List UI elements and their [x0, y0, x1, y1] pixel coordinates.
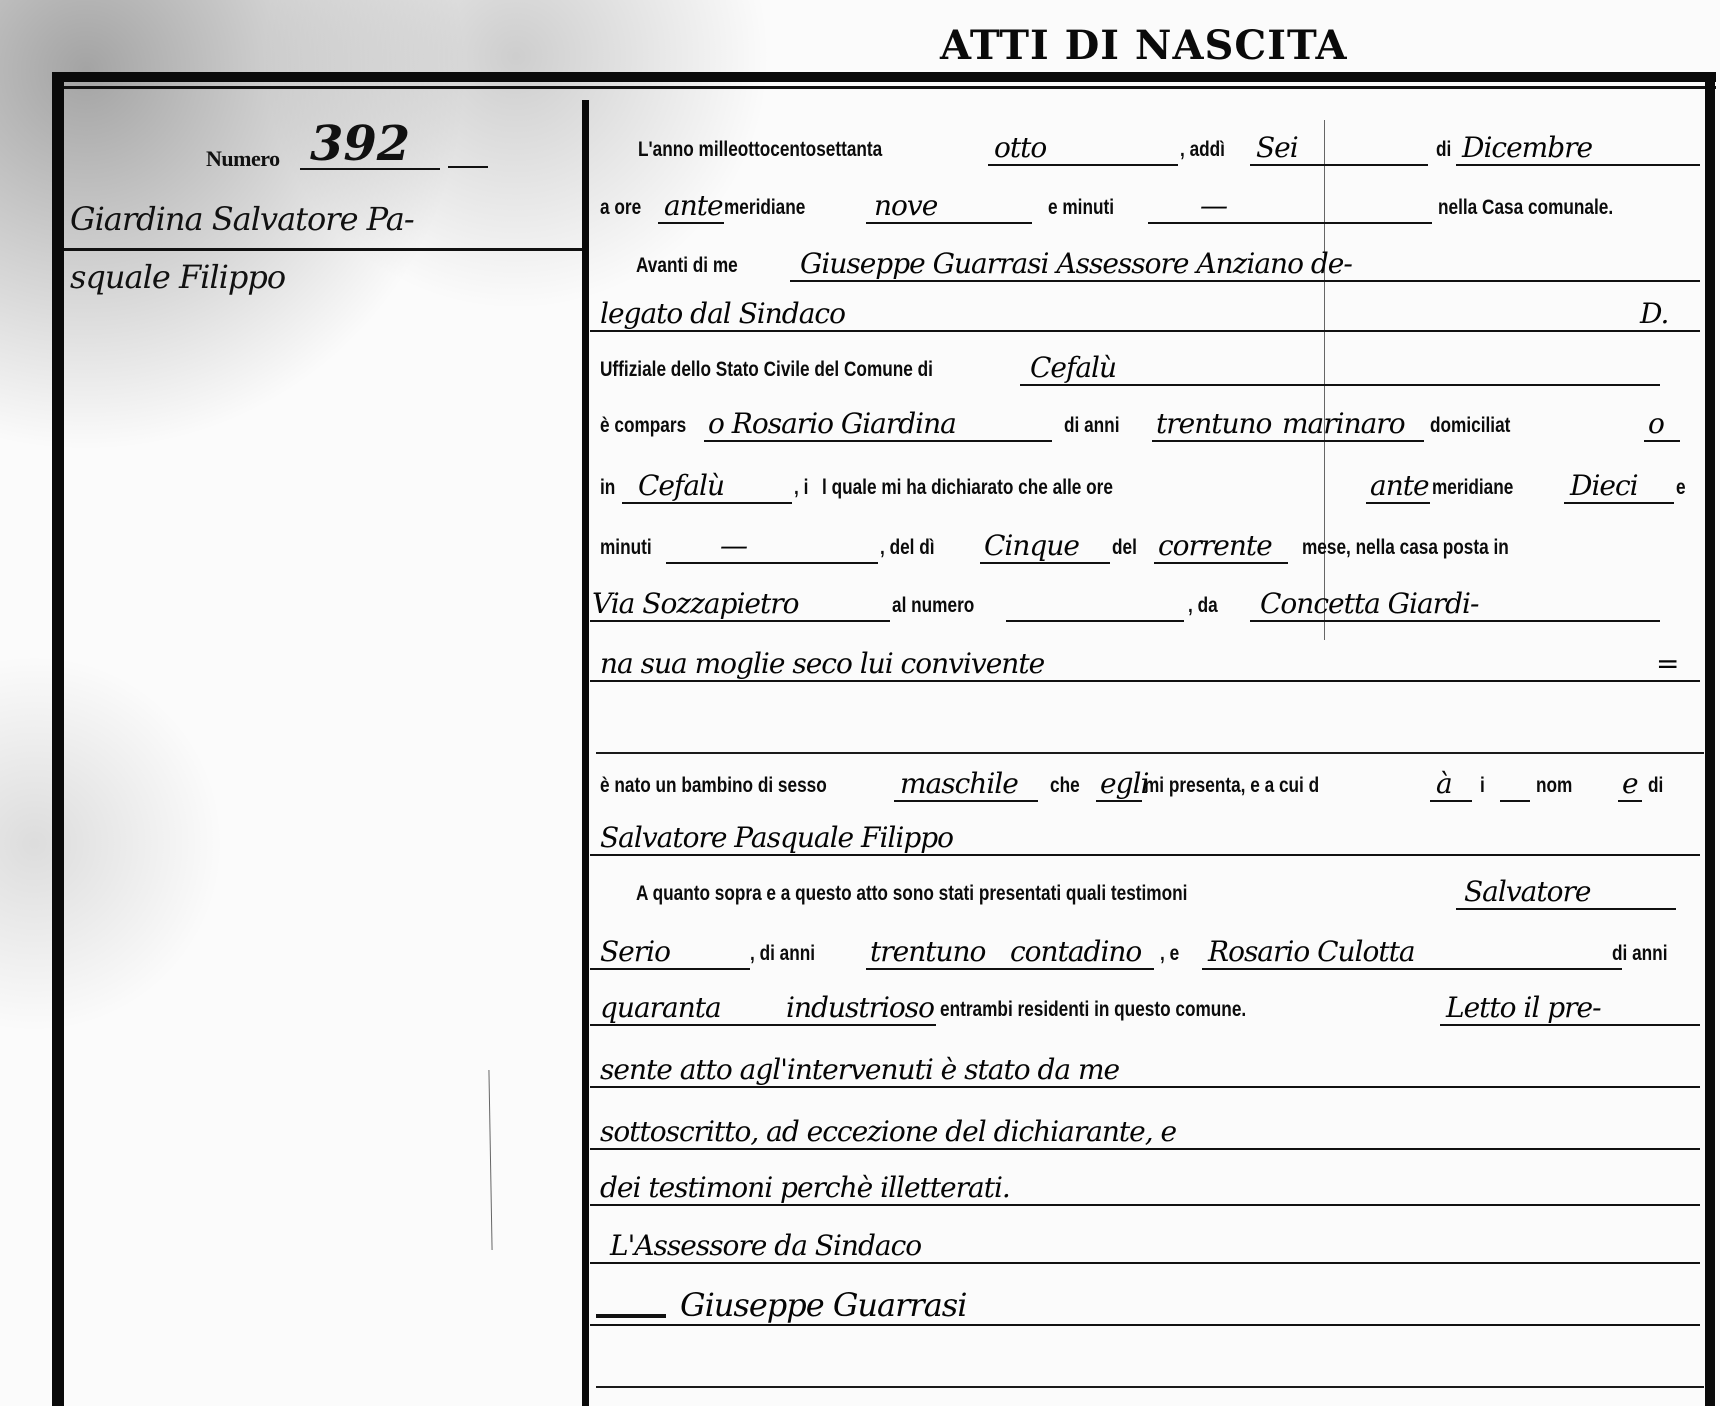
column-divider [582, 100, 589, 1406]
line-closing-3: dei testimoni perchè illetterati. [600, 1168, 1700, 1208]
handwritten-mother-detail: na sua moglie seco lui convivente [600, 647, 1044, 680]
frame-left-border [52, 72, 64, 1406]
printed-text: che [1050, 774, 1080, 798]
line-closing-2: sottoscritto, ad eccezione del dichiaran… [600, 1112, 1700, 1152]
handwritten-day: Sei [1256, 131, 1298, 164]
line-closing-1: sente atto agl'intervenuti è stato da me [600, 1050, 1700, 1090]
margin-rule [64, 248, 582, 251]
line-year-date: L'anno milleottocentosettanta otto , add… [600, 128, 1700, 168]
handwritten-child-name: Salvatore Pasquale Filippo [600, 821, 953, 854]
field-underline [1006, 620, 1184, 622]
printed-text: mi presenta, e a cui d [1144, 774, 1319, 798]
record-number-label: Numero [206, 146, 280, 172]
field-underline [590, 330, 1700, 332]
field-underline [1148, 222, 1432, 224]
printed-text: domiciliat [1430, 414, 1510, 438]
field-underline [1202, 968, 1622, 970]
printed-text: meridiane [724, 196, 805, 220]
field-underline [1154, 562, 1288, 564]
printed-text: è nato un bambino di sesso [600, 774, 827, 798]
record-number-dash [448, 166, 488, 168]
handwritten-witness-2-age: quaranta [600, 991, 721, 1024]
handwritten-witness-2: Rosario Culotta [1208, 935, 1415, 968]
handwritten-witness-1: Salvatore [1464, 875, 1590, 908]
line-hour: a ore ante meridiane nove e minuti — nel… [600, 186, 1700, 226]
printed-text: è compars [600, 414, 686, 438]
field-underline [1618, 800, 1642, 802]
printed-text: del [1112, 536, 1137, 560]
handwritten-witness-1-profession: contadino [1010, 935, 1141, 968]
field-underline [894, 800, 1038, 802]
handwritten-witness-1-age: trentuno [870, 935, 985, 968]
field-underline [704, 440, 1052, 442]
printed-text: di [1648, 774, 1663, 798]
line-comune: Uffiziale dello Stato Civile del Comune … [600, 348, 1700, 388]
field-underline [1564, 502, 1674, 504]
printed-text: a ore [600, 196, 641, 220]
handwritten-birth-hour: Dieci [1570, 469, 1638, 502]
line-delegation: legato dal Sindaco D. [600, 294, 1700, 334]
printed-text: , da [1188, 594, 1218, 618]
handwritten-closing: sottoscritto, ad eccezione del dichiaran… [600, 1115, 1176, 1148]
field-underline [866, 222, 1032, 224]
handwritten-month-ref: corrente [1158, 529, 1272, 562]
frame-top-inner-border [60, 86, 1716, 89]
handwritten-ante: ante [1370, 469, 1429, 502]
printed-text: , e [1160, 942, 1179, 966]
printed-text: e minuti [1048, 196, 1114, 220]
printed-text: , i [794, 476, 808, 500]
printed-text: Uffiziale dello Stato Civile del Comune … [600, 358, 933, 382]
handwritten-declarant: o Rosario Giardina [708, 407, 956, 440]
printed-text: , di anni [750, 942, 815, 966]
printed-text: in [600, 476, 615, 500]
blank-rule [596, 752, 1704, 754]
field-underline [1456, 164, 1700, 166]
printed-text: nom [1536, 774, 1572, 798]
line-witness-2-detail: quaranta industrioso entrambi residenti … [600, 988, 1700, 1028]
printed-text: di [1436, 138, 1451, 162]
handwritten-domicile: Cefalù [638, 469, 724, 502]
handwritten-year: otto [994, 131, 1046, 164]
field-underline [590, 1262, 1700, 1264]
line-declarant: è compars o Rosario Giardina di anni tre… [600, 404, 1700, 444]
handwritten-verb: à [1436, 767, 1452, 800]
field-underline [590, 620, 890, 622]
printed-text: meridiane [1432, 476, 1513, 500]
line-signature-title: L'Assessore da Sindaco [600, 1226, 1700, 1266]
field-underline [1500, 800, 1530, 802]
record-number: 392 [310, 116, 410, 172]
field-underline [590, 1148, 1700, 1150]
handwritten-birth-day: Cinque [984, 529, 1079, 562]
line-signature: Giuseppe Guarrasi [600, 1288, 1700, 1328]
field-underline [622, 502, 792, 504]
handwritten-mark: = [1656, 647, 1678, 680]
handwritten-ante: ante [664, 189, 723, 222]
handwritten-signature: Giuseppe Guarrasi [680, 1286, 966, 1324]
handwritten-closing: Letto il pre- [1446, 991, 1601, 1024]
field-underline [1644, 440, 1680, 442]
line-domicile: in Cefalù , i l quale mi ha dichiarato c… [600, 466, 1700, 506]
handwritten-mother: Concetta Giardi- [1260, 587, 1478, 620]
printed-text: di anni [1612, 942, 1667, 966]
handwritten-hour: nove [874, 189, 937, 222]
field-underline [590, 1086, 1700, 1088]
line-child-sex: è nato un bambino di sesso maschile che … [600, 764, 1700, 804]
handwritten-suffix: o [1648, 407, 1664, 440]
printed-text: Avanti di me [636, 254, 738, 278]
field-underline [590, 680, 1700, 682]
field-underline [590, 1024, 936, 1026]
field-underline [1250, 620, 1660, 622]
line-officer: Avanti di me Giuseppe Guarrasi Assessore… [600, 244, 1700, 284]
stray-line [488, 1070, 492, 1250]
record-number-underline [300, 168, 440, 170]
line-address: Via Sozzapietro al numero , da Concetta … [600, 584, 1700, 624]
printed-text: di anni [1064, 414, 1119, 438]
handwritten-month: Dicembre [1462, 131, 1592, 164]
handwritten-officer-name: Giuseppe Guarrasi Assessore Anziano de- [800, 247, 1352, 280]
line-birth-date: minuti — , del dì Cinque del corrente me… [600, 526, 1700, 566]
field-underline [590, 1324, 1700, 1326]
handwritten-comune: Cefalù [1030, 351, 1116, 384]
handwritten-closing: dei testimoni perchè illetterati. [600, 1171, 1010, 1204]
printed-text: entrambi residenti in questo comune. [940, 998, 1246, 1022]
line-witnesses: A quanto sopra e a questo atto sono stat… [600, 872, 1700, 912]
field-underline [1430, 800, 1472, 802]
margin-name-line-2: squale Filippo [70, 258, 285, 296]
printed-text: i [1480, 774, 1485, 798]
field-underline [658, 222, 724, 224]
field-underline [1456, 908, 1676, 910]
printed-text: , addì [1180, 138, 1225, 162]
line-mother-detail: na sua moglie seco lui convivente = [600, 644, 1700, 684]
handwritten-street: Via Sozzapietro [592, 587, 798, 620]
handwritten-age: trentuno [1156, 407, 1271, 440]
printed-text: mese, nella casa posta in [1302, 536, 1509, 560]
frame-top-border [52, 72, 1716, 82]
handwritten-delegation: legato dal Sindaco [600, 297, 845, 330]
handwritten-witness-1-surname: Serio [600, 935, 670, 968]
field-underline [590, 854, 1700, 856]
field-underline [666, 562, 878, 564]
field-underline [1096, 800, 1142, 802]
line-witness-detail: Serio , di anni trentuno contadino , e R… [600, 932, 1700, 972]
field-underline [1250, 164, 1428, 166]
handwritten-closing: sente atto agl'intervenuti è stato da me [600, 1053, 1119, 1086]
printed-text: al numero [892, 594, 974, 618]
printed-text: A quanto sopra e a questo atto sono stat… [636, 882, 1187, 906]
printed-text: minuti [600, 536, 652, 560]
field-underline [866, 968, 1154, 970]
handwritten-signature-title: L'Assessore da Sindaco [610, 1229, 921, 1262]
field-underline [590, 1204, 1700, 1206]
field-underline [1152, 440, 1424, 442]
field-underline [1366, 502, 1430, 504]
line-child-name: Salvatore Pasquale Filippo [600, 818, 1700, 858]
page-heading: ATTI DI NASCITA [940, 22, 1348, 69]
handwritten-minutes: — [1200, 189, 1227, 222]
handwritten-sex: maschile [900, 767, 1018, 800]
printed-text: , del dì [880, 536, 935, 560]
handwritten-suffix: e [1622, 767, 1638, 800]
printed-text: nella Casa comunale. [1438, 196, 1613, 220]
blank-rule [596, 1386, 1704, 1388]
printed-text: L'anno milleottocentosettanta [638, 138, 882, 162]
field-underline [790, 280, 1700, 282]
printed-text: l quale mi ha dichiarato che alle ore [822, 476, 1113, 500]
handwritten-profession: marinaro [1282, 407, 1405, 440]
field-underline [1020, 384, 1660, 386]
margin-name-line-1: Giardina Salvatore Pa- [70, 200, 414, 238]
handwritten-birth-minutes: — [720, 529, 747, 562]
field-underline [1440, 1024, 1700, 1026]
handwritten-witness-2-profession: industrioso [786, 991, 934, 1024]
field-underline [590, 968, 750, 970]
handwritten-pronoun: egli [1100, 767, 1148, 800]
frame-right-border [1705, 72, 1715, 1406]
handwritten-initial: D. [1640, 297, 1668, 330]
printed-text: e [1676, 476, 1686, 500]
field-underline [988, 164, 1178, 166]
signature-flourish [596, 1314, 666, 1318]
field-underline [980, 562, 1110, 564]
